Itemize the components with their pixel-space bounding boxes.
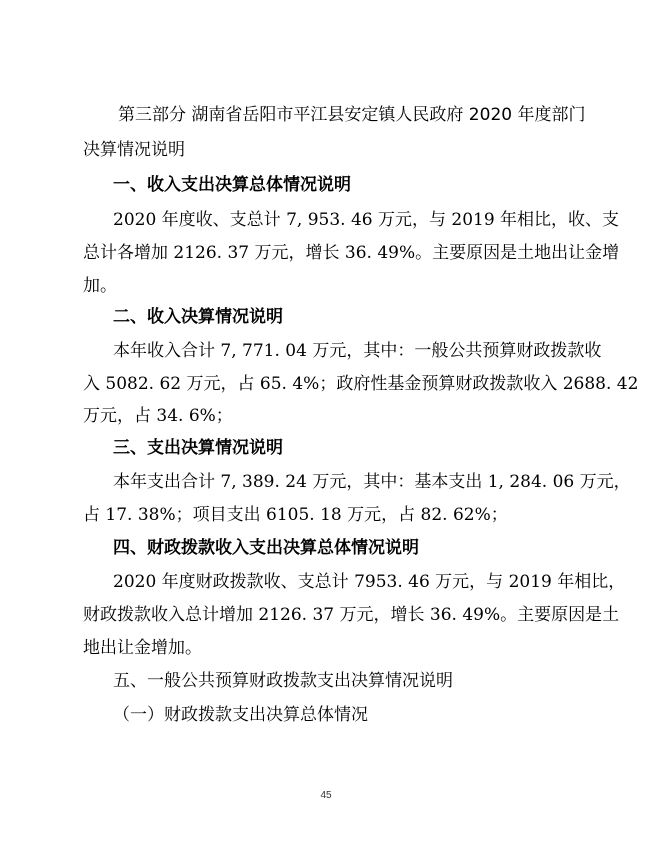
section-3-line-1: 本年支出合计 7, 389. 24 万元，其中：基本支出 1, 284. 06 … [113, 471, 631, 493]
section-1-line-2: 总计各增加 2126. 37 万元，增长 36. 49%。主要原因是土地出让金增 [83, 242, 619, 264]
section-3-heading: 三、支出决算情况说明 [113, 437, 283, 459]
document-title-line-1: 第三部分 湖南省岳阳市平江县安定镇人民政府 2020 年度部门 [118, 104, 585, 126]
subsection-5-1-heading: （一）财政拨款支出决算总体情况 [113, 704, 368, 726]
section-1-line-3: 加。 [83, 275, 117, 297]
section-4-line-1: 2020 年度财政拨款收、支总计 7953. 46 万元，与 2019 年相比， [113, 571, 625, 593]
section-2-line-2: 入 5082. 62 万元，占 65. 4%；政府性基金预算财政拨款收入 268… [83, 373, 638, 395]
section-2-line-3: 万元，占 34. 6%； [83, 405, 233, 427]
document-page: 第三部分 湖南省岳阳市平江县安定镇人民政府 2020 年度部门 决算情况说明 一… [0, 0, 652, 844]
document-title-line-2: 决算情况说明 [83, 139, 185, 161]
section-1-line-1: 2020 年度收、支总计 7, 953. 46 万元，与 2019 年相比，收、… [113, 209, 583, 231]
section-4-line-3: 地出让金增加。 [83, 637, 202, 659]
section-2-line-1: 本年收入合计 7, 771. 04 万元，其中：一般公共预算财政拨款收 [113, 340, 601, 362]
section-5-heading: 五、一般公共预算财政拨款支出决算情况说明 [113, 670, 453, 692]
section-4-heading: 四、财政拨款收入支出决算总体情况说明 [113, 537, 419, 559]
section-4-line-2: 财政拨款收入总计增加 2126. 37 万元，增长 36. 49%。主要原因是土 [83, 604, 619, 626]
page-number: 45 [0, 790, 652, 801]
section-3-line-2: 占 17. 38%；项目支出 6105. 18 万元，占 82. 62%； [83, 504, 508, 526]
section-1-heading: 一、收入支出决算总体情况说明 [113, 174, 351, 196]
section-2-heading: 二、收入决算情况说明 [113, 306, 283, 328]
